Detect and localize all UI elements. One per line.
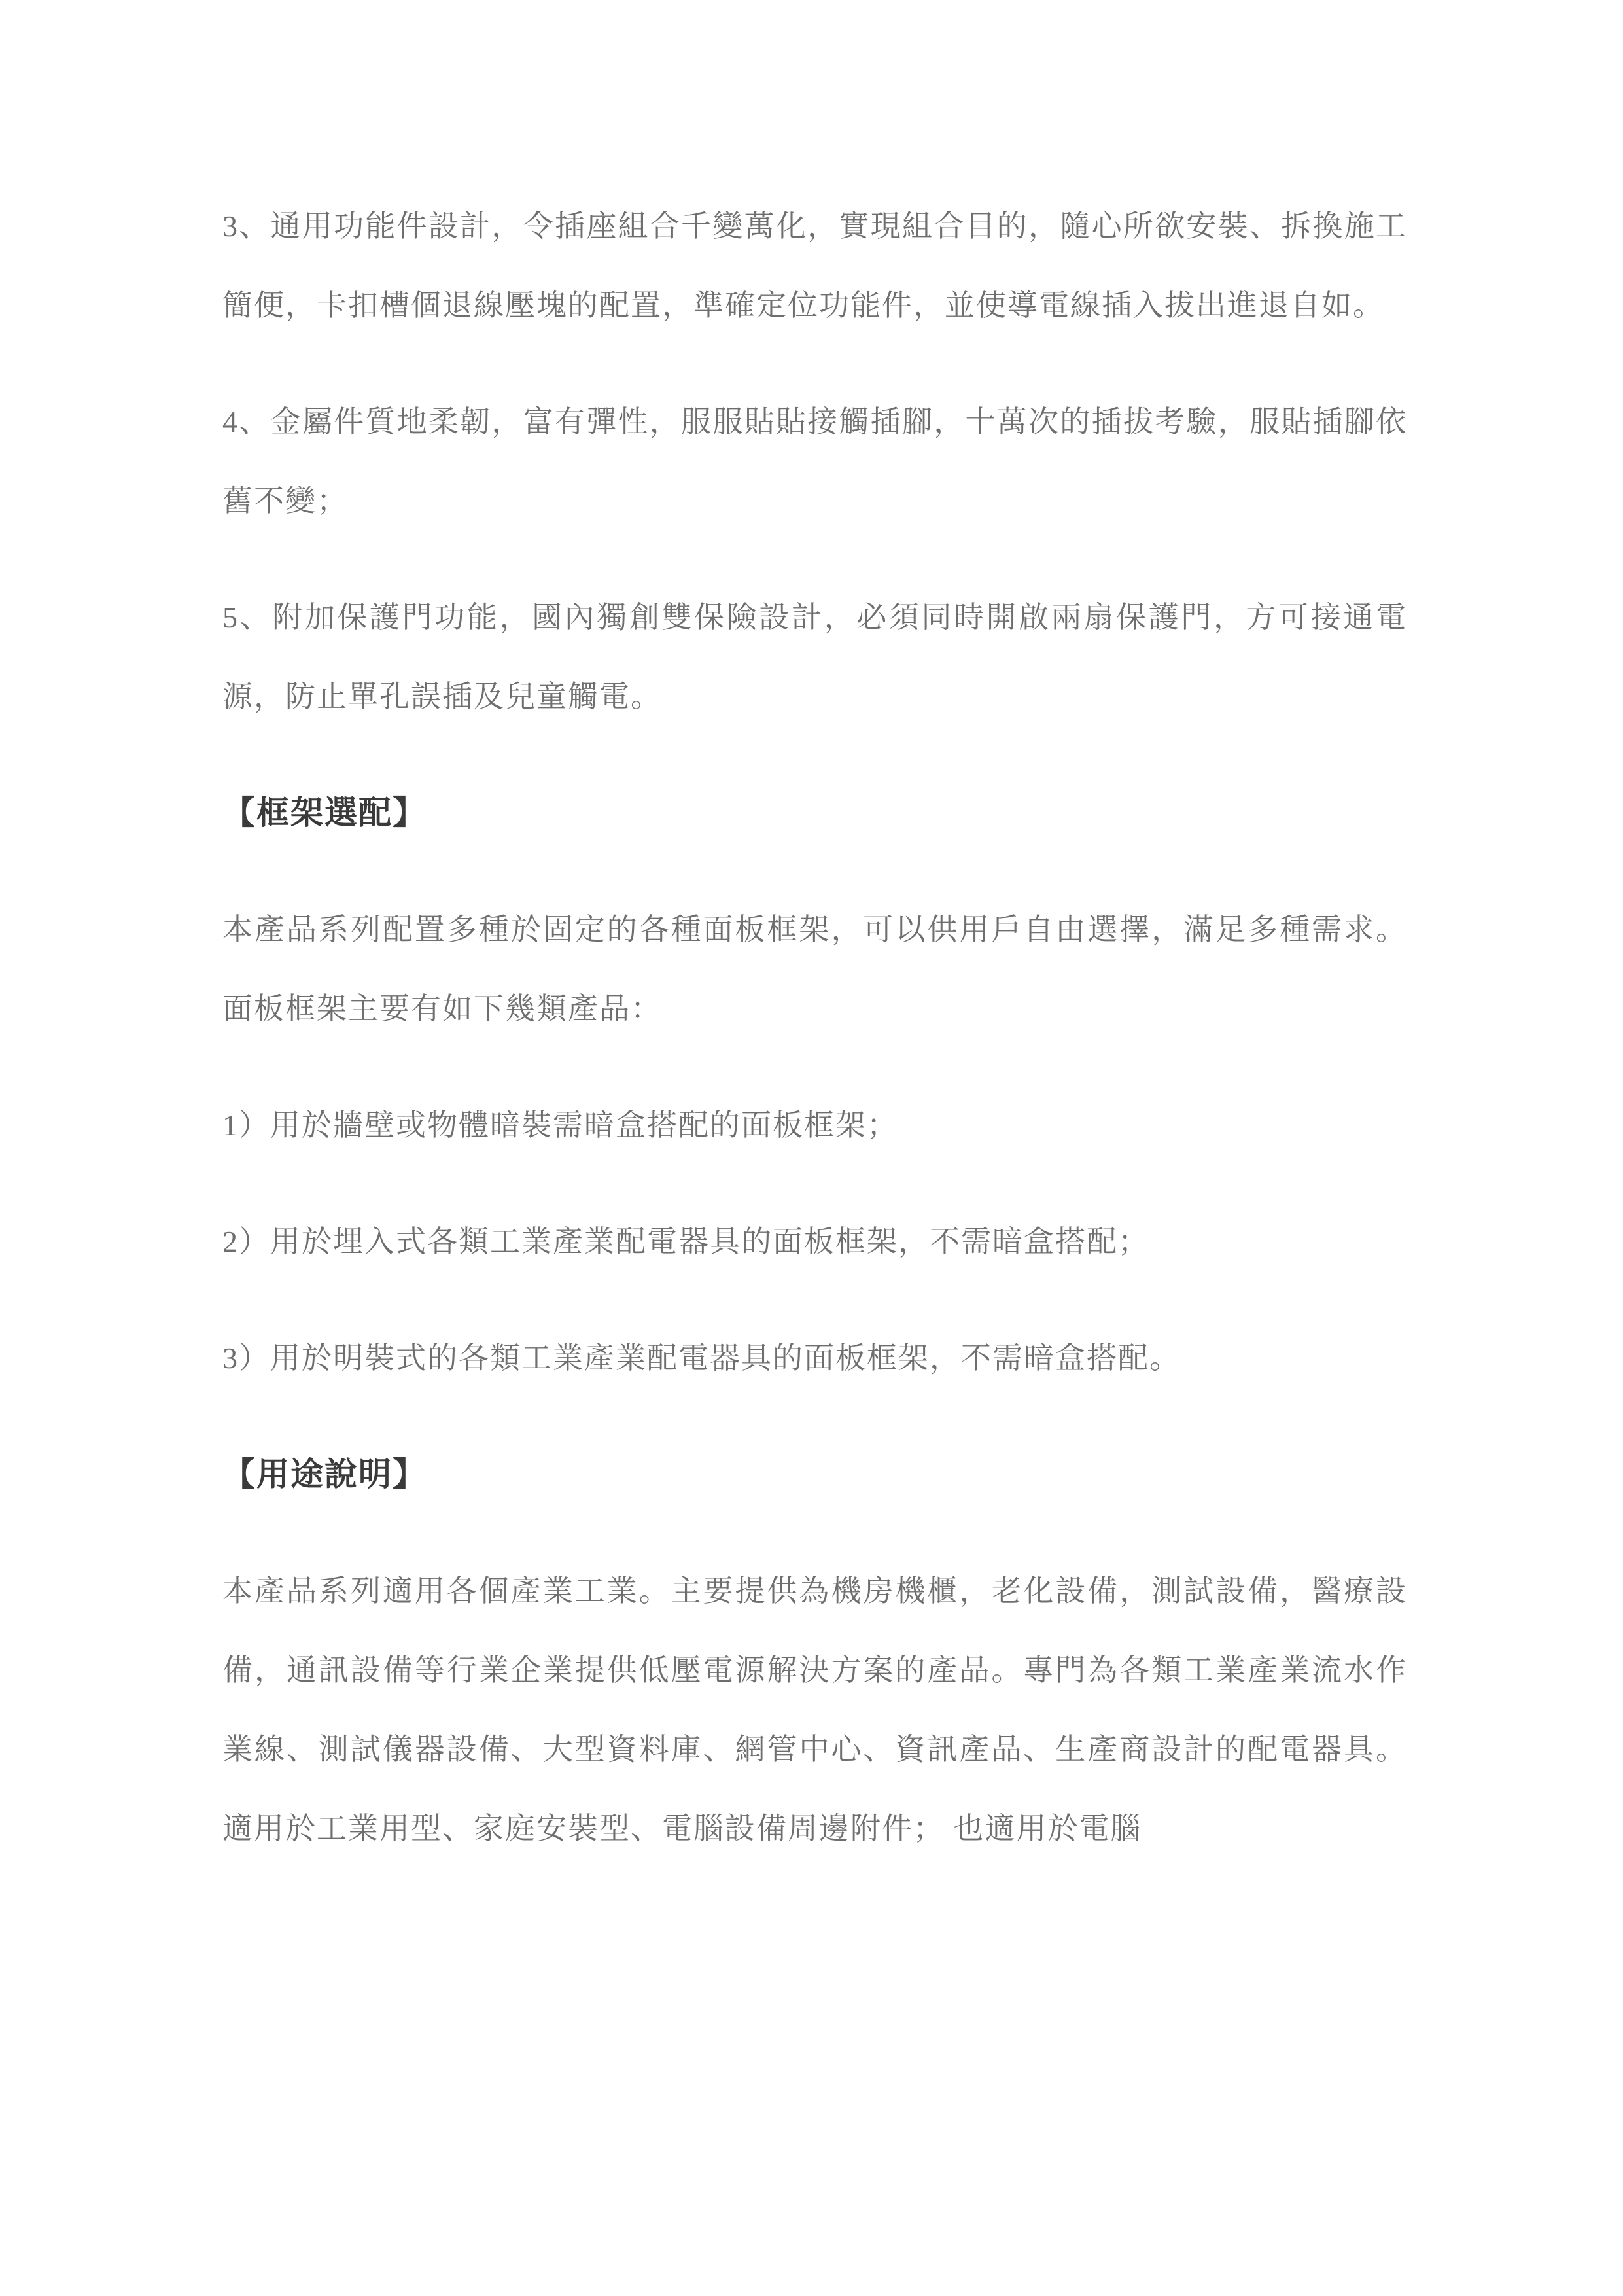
list-item-frame-type-1: 1）用於牆壁或物體暗裝需暗盒搭配的面板框架； (222, 1086, 1407, 1165)
list-item-frame-type-2: 2）用於埋入式各類工業產業配電器具的面板框架，不需暗盒搭配； (222, 1202, 1407, 1281)
paragraph-usage-intro: 本產品系列適用各個產業工業。主要提供為機房機櫃，老化設備，測試設備，醫療設備，通… (222, 1551, 1407, 1868)
document-page: 3、通用功能件設計，令插座組合千變萬化，實現組合目的，隨心所欲安裝、拆換施工簡便… (0, 0, 1623, 2296)
section-heading-frame-options: 【框架選配】 (222, 773, 1407, 853)
paragraph-feature-3: 3、通用功能件設計，令插座組合千變萬化，實現組合目的，隨心所欲安裝、拆換施工簡便… (222, 186, 1407, 345)
list-item-frame-type-3: 3）用於明裝式的各類工業產業配電器具的面板框架，不需暗盒搭配。 (222, 1318, 1407, 1398)
paragraph-frame-intro: 本產品系列配置多種於固定的各種面板框架，可以供用戶自由選擇，滿足多種需求。面板框… (222, 890, 1407, 1048)
section-heading-usage: 【用途說明】 (222, 1435, 1407, 1514)
paragraph-feature-5: 5、附加保護門功能，國內獨創雙保險設計，必須同時開啟兩扇保護門，方可接通電源，防… (222, 578, 1407, 736)
paragraph-feature-4: 4、金屬件質地柔韌，富有彈性，服服貼貼接觸插腳，十萬次的插拔考驗，服貼插腳依舊不… (222, 382, 1407, 540)
